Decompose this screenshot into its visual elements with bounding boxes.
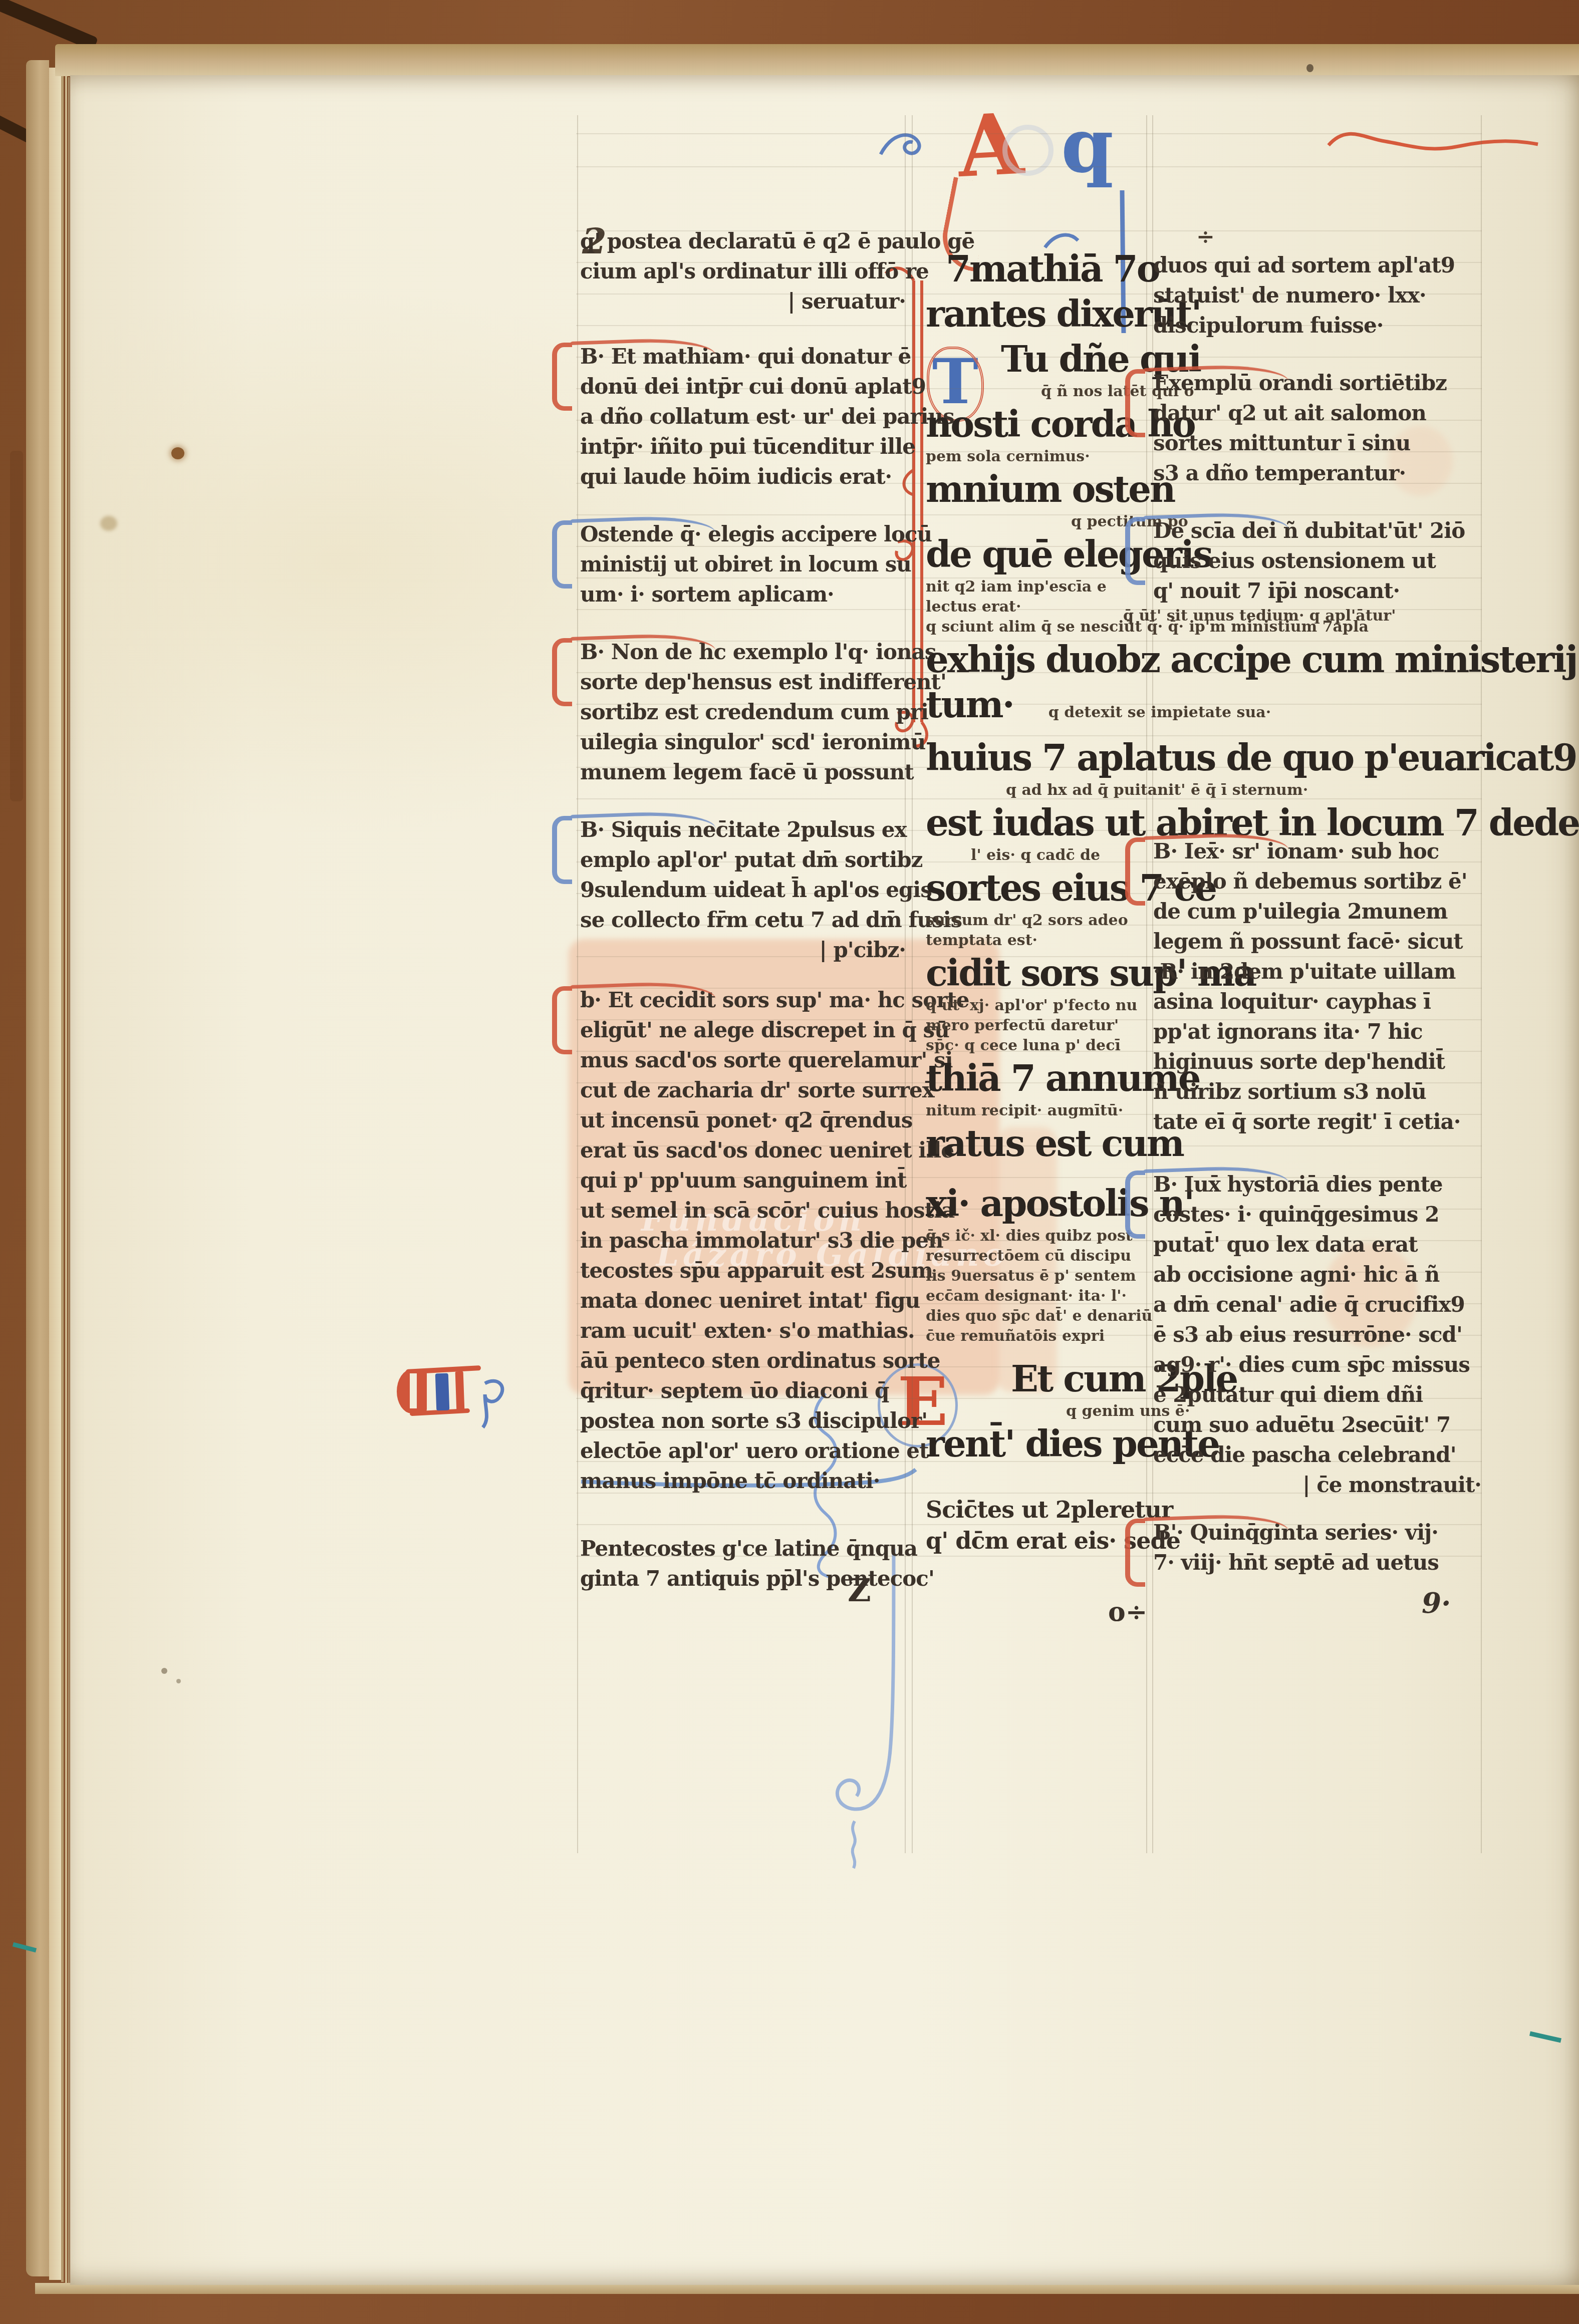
manuscript-photo: A q 2 ÷ Z o÷ 9· T E Fundación Lázaro Gal…	[0, 0, 1579, 2324]
text-line: donū dei intp̄r cui donū aplat9	[580, 372, 906, 402]
text-run: temptata est·	[926, 932, 1037, 949]
text-line: q genim uns ē·	[1066, 1401, 1156, 1421]
text-line: cut de zacharia dr' sorte surrex̄	[580, 1075, 906, 1105]
text-run: legem ñ possunt facē· sicut	[1153, 929, 1463, 954]
text-line: Scic̄tes ut 2pleretur	[926, 1494, 1156, 1525]
text-line: munem legem facē ū possunt	[580, 757, 906, 787]
text-run: sortes mittuntur ī sinu	[1153, 431, 1410, 455]
page-edge-stack-left	[26, 60, 49, 2276]
running-title-letter-blue: q	[1061, 108, 1114, 183]
text-line: a dm̄ cenal' adie q̄ crucifix9	[1153, 1290, 1481, 1320]
text-line: cum suo aduētu 2secūit' 7	[1153, 1410, 1481, 1440]
text-block: Pentecostes g'ce latine q̄nquaginta 7 an…	[580, 1534, 906, 1594]
text-line: lectus erat·	[926, 597, 1156, 617]
text-line: erat ūs sacd'os donec ueniret ille	[580, 1135, 906, 1166]
text-line: ginta 7 antiquis pp̄l's pentecoc'	[580, 1564, 906, 1594]
red-paraph-bracket	[552, 638, 572, 706]
text-run: lis 9uersatus ē p' sentem	[926, 1267, 1136, 1285]
text-run: eligūt' ne alege discrepet in q̄ sū	[580, 1018, 949, 1042]
column-2: 7mathiā 7orantes dixerūt'Tu dñe quiq̄ ñ …	[926, 246, 1156, 1556]
page-edge-line	[68, 77, 70, 2284]
text-block: B· Siquis nec̄itate 2pulsus exemplo apl'…	[580, 815, 906, 965]
ruling-line-header	[576, 166, 1482, 167]
text-line: dies quo sp̄c dat̄' e denariū	[926, 1306, 1156, 1326]
deckle-top	[55, 44, 1579, 76]
text-run: uilegia singulor' scd' ieronimū	[580, 730, 925, 754]
text-line: qui p' pp'uum sanguinem int̄	[580, 1166, 906, 1196]
blue-paraph-bracket	[552, 520, 572, 589]
text-run: ē 2putatur qui diem dñi	[1153, 1382, 1423, 1407]
text-run: ñ uiribz sortium s3 nolū	[1153, 1079, 1426, 1104]
page-edge-line	[65, 76, 67, 2283]
text-run: electōe apl'or' uero oratione et	[580, 1438, 929, 1463]
text-run: asina loquitur· cayphas ī	[1153, 989, 1431, 1014]
text-line: cium apl's ordinatur illi offō re	[580, 256, 906, 286]
page-edge-stack-left2	[49, 68, 61, 2280]
text-run: mus sacd'os sorte querelamur' si	[580, 1048, 953, 1072]
text-block: xi· apostolis n'q̄ s ič· xl· dies quibz …	[926, 1181, 1156, 1346]
text-line: q̄ s ič· xl· dies quibz post	[926, 1226, 1156, 1246]
text-line: q̄ritur· septem ūo diaconi q̄	[580, 1376, 906, 1406]
text-run: manus impōne tc̄ ordinati·	[580, 1469, 880, 1493]
text-line: ut semel in scā scōr' cuius hostia	[580, 1196, 906, 1226]
text-line: xi· apostolis n'	[926, 1181, 1156, 1226]
text-run: donū dei intp̄r cui donū aplat9	[580, 374, 926, 399]
running-title-letter-red: A	[956, 102, 1025, 189]
board-streak	[0, 0, 98, 51]
text-line: cidit sors sup' ma	[926, 951, 1156, 996]
column-3: duos qui ad sortem apl'at9statuist' de n…	[1153, 250, 1481, 1578]
text-run: intp̄r· iñito pui tūcenditur ille	[580, 434, 915, 459]
text-run: āū penteco sten ordinatus sorte	[580, 1348, 940, 1373]
text-line: um· i· sortem aplicam·	[580, 579, 906, 610]
text-line: qui laude hōim iudicis erat·	[580, 462, 906, 492]
text-line: mnium osten	[926, 467, 1156, 512]
text-run: se collecto fr̄m cetu 7 ad dm̄ fusis	[580, 908, 962, 932]
text-line: Pentecostes g'ce latine q̄nqua	[580, 1534, 906, 1564]
text-run: tum·	[926, 683, 1013, 726]
red-paraph-bracket	[1125, 369, 1145, 437]
text-line: ē s3 ab eius resurrōne· scd'	[1153, 1320, 1481, 1350]
text-line: ag9· r'· dies cum sp̄c missus	[1153, 1350, 1481, 1380]
text-block: duos qui ad sortem apl'at9statuist' de n…	[1153, 250, 1481, 341]
text-line: āū penteco sten ordinatus sorte	[580, 1346, 906, 1376]
text-run: q̄ritur· septem ūo diaconi q̄	[580, 1378, 889, 1403]
text-run: q ut· xj· apl'or' p'fecto nu	[926, 997, 1137, 1014]
text-line: mero perfectū daretur'	[926, 1016, 1156, 1036]
text-line: putat̄' quo lex data erat	[1153, 1230, 1481, 1260]
text-line: | c̄e monstrauit·	[1153, 1470, 1481, 1500]
text-run: datur' q2 ut ait salomon	[1153, 401, 1426, 425]
text-line: sp̄c· q cece luna p' decī	[926, 1036, 1156, 1056]
text-run: c̄ue remuñatōis expri	[926, 1327, 1105, 1345]
text-line: tate eī q̄ sorte regit' ī cetia·	[1153, 1107, 1481, 1137]
text-run: q' nouit 7 ip̄i noscant·	[1153, 578, 1400, 603]
text-block: Scic̄tes ut 2plereturq' dc̄m erat eis· s…	[926, 1494, 1156, 1556]
text-run: a dño collatum est· ur' dei parius	[580, 404, 954, 429]
ruling-line-header	[576, 133, 1482, 134]
text-line: ratus est cum	[926, 1121, 1156, 1166]
text-line: de cum p'uilegia 2munem	[1153, 897, 1481, 927]
red-paraph-bracket	[1125, 1519, 1145, 1587]
text-line: est iudas ut abiret in locum 7 dedert'	[926, 800, 1156, 845]
text-line: intp̄r· iñito pui tūcenditur ille	[580, 432, 906, 462]
red-paraph-bracket	[552, 343, 572, 411]
text-line: nit q2 iam inp'escīa e	[926, 577, 1156, 597]
text-block: b· Et cecidit sors sup' ma· hc sorteelig…	[580, 985, 906, 1496]
text-run: qui p' pp'uum sanguinem int̄	[580, 1168, 907, 1193]
text-line: ecc̄e die pascha celebrand'	[1153, 1440, 1481, 1470]
text-line: sortes eius 7 ce	[926, 865, 1156, 911]
blue-paraph-bracket	[1125, 1171, 1145, 1239]
text-block: 7mathiā 7orantes dixerūt'Tu dñe quiq̄ ñ …	[926, 246, 1156, 1166]
stain-spot	[176, 1679, 181, 1683]
text-line: tecostes sp̄u apparuit est 2sum	[580, 1256, 906, 1286]
text-block: B· Et mathiam· qui donatur ēdonū dei int…	[580, 342, 906, 492]
text-run: statuist' de numero· lxx·	[1153, 283, 1426, 308]
text-line: s3 a dño temperantur·	[1153, 458, 1481, 488]
text-run: in pascha immolatur' s3 die pen	[580, 1228, 943, 1253]
text-line: ecc̄am designant· ita· l'·	[926, 1286, 1156, 1306]
text-run: 7· viij· hn̄t septē ad uetus	[1153, 1550, 1439, 1575]
text-line: resurrectōem cū discipu	[926, 1246, 1156, 1266]
page-edge-line	[61, 75, 64, 2282]
text-run: discipulorum fuisse·	[1153, 313, 1383, 338]
text-run: sursum dr' q2 sors adeo	[926, 912, 1128, 929]
text-run: mnium osten	[926, 468, 1174, 510]
text-line: ·R· in 2dem p'uitate uillam	[1153, 957, 1481, 987]
text-line: ut incensū ponet· q2 q̄rendus	[580, 1105, 906, 1135]
text-run: higinuus sorte dep'hendit̄	[1153, 1049, 1445, 1074]
text-run: q̄ s ič· xl· dies quibz post	[926, 1227, 1133, 1245]
text-run: erat ūs sacd'os donec ueniret ille	[580, 1138, 954, 1163]
text-run: cut de zacharia dr' sorte surrex̄	[580, 1078, 934, 1102]
text-run: tecostes sp̄u apparuit est 2sum	[580, 1258, 933, 1283]
text-line: quis eius ostensionem ut	[1153, 546, 1481, 576]
stain-spot	[100, 516, 117, 531]
text-line: exēplo ñ debemus sortibz ē'	[1153, 866, 1481, 897]
text-run: um· i· sortem aplicam·	[580, 582, 834, 607]
margin-numeral-ornament	[397, 1366, 477, 1418]
text-run: ē s3 ab eius resurrōne· scd'	[1153, 1322, 1462, 1347]
text-line: sorte dep'hensus est indifferent'	[580, 667, 906, 697]
ruling-line-vertical	[577, 115, 578, 1853]
text-block: B· Non de hc exemplo l'q· ionassorte dep…	[580, 637, 906, 787]
text-line: manus impōne tc̄ ordinati·	[580, 1466, 906, 1496]
ornament-bar-red	[455, 1371, 465, 1412]
text-run: pem sola cernimus·	[926, 448, 1090, 465]
text-line: thiā 7 annume	[926, 1056, 1156, 1101]
text-line: statuist' de numero· lxx·	[1153, 280, 1481, 311]
text-line: ē 2putatur qui diem dñi	[1153, 1380, 1481, 1410]
text-run: lectus erat·	[926, 598, 1021, 616]
text-run: ut incensū ponet· q2 q̄rendus	[580, 1108, 912, 1132]
text-run: ecc̄am designant· ita· l'·	[926, 1287, 1127, 1305]
text-run: q̄ ūt' sit unus tedium· q apl'ātur'	[1123, 607, 1396, 625]
text-run: cium apl's ordinatur illi offō re	[580, 259, 929, 283]
text-line: discipulorum fuisse·	[1153, 311, 1481, 341]
text-line: lis 9uersatus ē p' sentem	[926, 1266, 1156, 1286]
text-line: huius 7 aplatus de quo p'euaricat9	[926, 735, 1156, 780]
text-run: | p'cibz·	[820, 938, 906, 962]
text-line: datur' q2 ut ait salomon	[1153, 398, 1481, 428]
text-run: emplo apl'or' putat dm̄ sortibz	[580, 847, 922, 872]
text-line: pp'at ignorans ita· 7 hic	[1153, 1017, 1481, 1047]
red-paraph-bracket	[1125, 837, 1145, 906]
text-run: ·R· in 2dem p'uitate uillam	[1153, 959, 1455, 984]
text-run: 7mathiā 7o	[946, 247, 1159, 290]
text-line: q ad hx ad q̄ puitanit' ē q̄ ī sternum·	[1006, 780, 1156, 800]
text-line: postea non sorte s3 discipulor'	[580, 1406, 906, 1436]
text-run: duos qui ad sortem apl'at9	[1153, 253, 1455, 277]
text-line: mata donec ueniret intat' figu	[580, 1286, 906, 1316]
text-run: pp'at ignorans ita· 7 hic	[1153, 1019, 1423, 1044]
text-block: q' postea declaratū ē q2 ē paulo gēcium …	[580, 226, 906, 317]
text-line: uilegia singulor' scd' ieronimū	[580, 727, 906, 757]
text-line: rantes dixerūt'	[926, 292, 1156, 337]
blue-paraph-bracket	[552, 816, 572, 884]
text-line: eligūt' ne alege discrepet in q̄ sū	[580, 1015, 906, 1045]
board-streak	[10, 451, 23, 801]
text-line: se collecto fr̄m cetu 7 ad dm̄ fusis	[580, 905, 906, 935]
text-line: tum·q detexit se impietate sua·	[926, 682, 1156, 735]
text-line: | p'cibz·	[580, 935, 906, 965]
text-run: 9sulendum uideat h̄ apl'os egis	[580, 878, 932, 902]
text-line: temptata est·	[926, 931, 1156, 951]
ornament-cap	[397, 1369, 427, 1413]
catchword-col2: o÷	[1108, 1597, 1147, 1627]
text-line: nitum recipit· augmītū·	[926, 1101, 1156, 1121]
text-line: electōe apl'or' uero oratione et	[580, 1436, 906, 1466]
text-run: ministij ut obiret in locum su	[580, 552, 911, 576]
text-line: mus sacd'os sorte querelamur' si	[580, 1045, 906, 1075]
text-line: q' nouit 7 ip̄i noscant·	[1153, 576, 1481, 606]
text-run: putat̄' quo lex data erat	[1153, 1232, 1418, 1257]
text-run: dies quo sp̄c dat̄' e denariū	[926, 1307, 1152, 1325]
text-line: legem ñ possunt facē· sicut	[1153, 927, 1481, 957]
text-run: nitum recipit· augmītū·	[926, 1102, 1123, 1119]
text-block: De scīa dei ñ dubitat'ūt' 2iōquis eius o…	[1153, 516, 1481, 626]
text-line: a dño collatum est· ur' dei parius	[580, 402, 906, 432]
text-line: duos qui ad sortem apl'at9	[1153, 250, 1481, 280]
text-line: q̄ ūt' sit unus tedium· q apl'ātur'	[1123, 606, 1481, 626]
text-run: ram ucuit' exten· s'o mathias.	[580, 1318, 915, 1343]
text-line: ñ uiribz sortium s3 nolū	[1153, 1077, 1481, 1107]
text-run: exēplo ñ debemus sortibz ē'	[1153, 869, 1467, 894]
text-line: | seruatur·	[580, 286, 906, 317]
text-run: resurrectōem cū discipu	[926, 1247, 1131, 1265]
text-block: B· Iux̄ hystoriā dies pentecostes· i· qu…	[1153, 1170, 1481, 1500]
text-line: 9sulendum uideat h̄ apl'os egis	[580, 875, 906, 905]
column3-top-mark: ÷	[1196, 224, 1215, 250]
text-line: 7· viij· hn̄t septē ad uetus	[1153, 1548, 1481, 1578]
text-line: sortes mittuntur ī sinu	[1153, 428, 1481, 458]
text-line: de quē elegeris	[926, 532, 1156, 577]
text-run: sp̄c· q cece luna p' decī	[926, 1037, 1121, 1054]
text-run: l' eis· q cadc̄ de	[971, 846, 1100, 864]
text-line: costes· i· quinq̄gesimus 2	[1153, 1200, 1481, 1230]
text-run: mata donec ueniret intat' figu	[580, 1288, 920, 1313]
column-1: q' postea declaratū ē q2 ē paulo gēcium …	[580, 226, 906, 1594]
text-run: s3 a dño temperantur·	[1153, 461, 1406, 485]
text-run: qui laude hōim iudicis erat·	[580, 464, 892, 489]
text-line: q' dc̄m erat eis· sede	[926, 1525, 1156, 1556]
text-run: nit q2 iam inp'escīa e	[926, 578, 1107, 596]
catchword-col3: 9·	[1422, 1587, 1451, 1620]
text-line: emplo apl'or' putat dm̄ sortibz	[580, 845, 906, 875]
text-line: rent̄' dies pente	[926, 1421, 1156, 1467]
text-run: sorte dep'hensus est indifferent'	[580, 670, 946, 694]
text-run: ginta 7 antiquis pp̄l's pentecoc'	[580, 1566, 934, 1591]
text-line: Et cum 2ple	[1011, 1356, 1156, 1401]
red-paraph-bracket	[552, 986, 572, 1054]
text-run: a dm̄ cenal' adie q̄ crucifix9	[1153, 1292, 1465, 1317]
stain-spot	[161, 1668, 167, 1674]
text-run: mero perfectū daretur'	[926, 1017, 1119, 1034]
ornament-bar-blue	[435, 1373, 450, 1411]
text-run: ecc̄e die pascha celebrand'	[1153, 1442, 1456, 1467]
text-line: pem sola cernimus·	[926, 447, 1156, 467]
text-run: | c̄e monstrauit·	[1302, 1473, 1481, 1497]
text-run: quis eius ostensionem ut	[1153, 548, 1436, 573]
text-line: ministij ut obiret in locum su	[580, 549, 906, 579]
text-run: munem legem facē ū possunt	[580, 760, 914, 784]
text-line: q sciunt alim q̄ se nesciūt q̄· q̄· ip'm…	[926, 617, 1156, 637]
text-line: q' postea declaratū ē q2 ē paulo gē	[580, 226, 906, 256]
text-run: Pentecostes g'ce latine q̄nqua	[580, 1536, 917, 1561]
text-line: c̄ue remuñatōis expri	[926, 1326, 1156, 1346]
text-run: ut semel in scā scōr' cuius hostia	[580, 1198, 954, 1223]
text-line: ab occisione agni· hic ā ñ	[1153, 1260, 1481, 1290]
text-block: Et cum 2pleq genim uns ē·rent̄' dies pen…	[926, 1356, 1156, 1467]
text-line: q ut· xj· apl'or' p'fecto nu	[926, 996, 1156, 1016]
text-run: costes· i· quinq̄gesimus 2	[1153, 1202, 1439, 1227]
text-block: B'· Quinq̄ginta series· vij·7· viij· hn̄…	[1153, 1518, 1481, 1578]
text-line: ram ucuit' exten· s'o mathias.	[580, 1316, 906, 1346]
text-line: sortibz est credendum cum pri	[580, 697, 906, 727]
text-run: cum suo aduētu 2secūit' 7	[1153, 1412, 1450, 1437]
text-run: sortibz est credendum cum pri	[580, 700, 928, 724]
text-run: ratus est cum	[926, 1122, 1183, 1165]
stain-spot	[171, 447, 184, 459]
text-run: q' postea declaratū ē q2 ē paulo gē	[580, 229, 974, 253]
text-run: ag9· r'· dies cum sp̄c missus	[1153, 1352, 1470, 1377]
text-run: ab occisione agni· hic ā ñ	[1153, 1262, 1439, 1287]
text-line: sursum dr' q2 sors adeo	[926, 911, 1156, 931]
text-run: postea non sorte s3 discipulor'	[580, 1408, 927, 1433]
stain-spot	[1306, 64, 1313, 72]
text-line: exhijs duobz accipe cum ministerij	[926, 637, 1156, 682]
text-block: B· Iex̄· sr' ionam· sub hocexēplo ñ debe…	[1153, 836, 1481, 1137]
text-line: 7mathiā 7o	[946, 246, 1156, 292]
text-line: asina loquitur· cayphas ī	[1153, 987, 1481, 1017]
text-run: | seruatur·	[787, 289, 906, 314]
blue-paraph-bracket	[1125, 517, 1145, 585]
text-line: nosti corda ho	[926, 402, 1156, 447]
text-line: in pascha immolatur' s3 die pen	[580, 1226, 906, 1256]
text-line: higinuus sorte dep'hendit̄	[1153, 1047, 1481, 1077]
text-block: Ostende q̄· elegis accipere locūministij…	[580, 519, 906, 610]
text-block: Exemplū orandi sortiētibzdatur' q2 ut ai…	[1153, 368, 1481, 488]
text-run: tate eī q̄ sorte regit' ī cetia·	[1153, 1109, 1460, 1134]
text-run: de cum p'uilegia 2munem	[1153, 899, 1447, 924]
